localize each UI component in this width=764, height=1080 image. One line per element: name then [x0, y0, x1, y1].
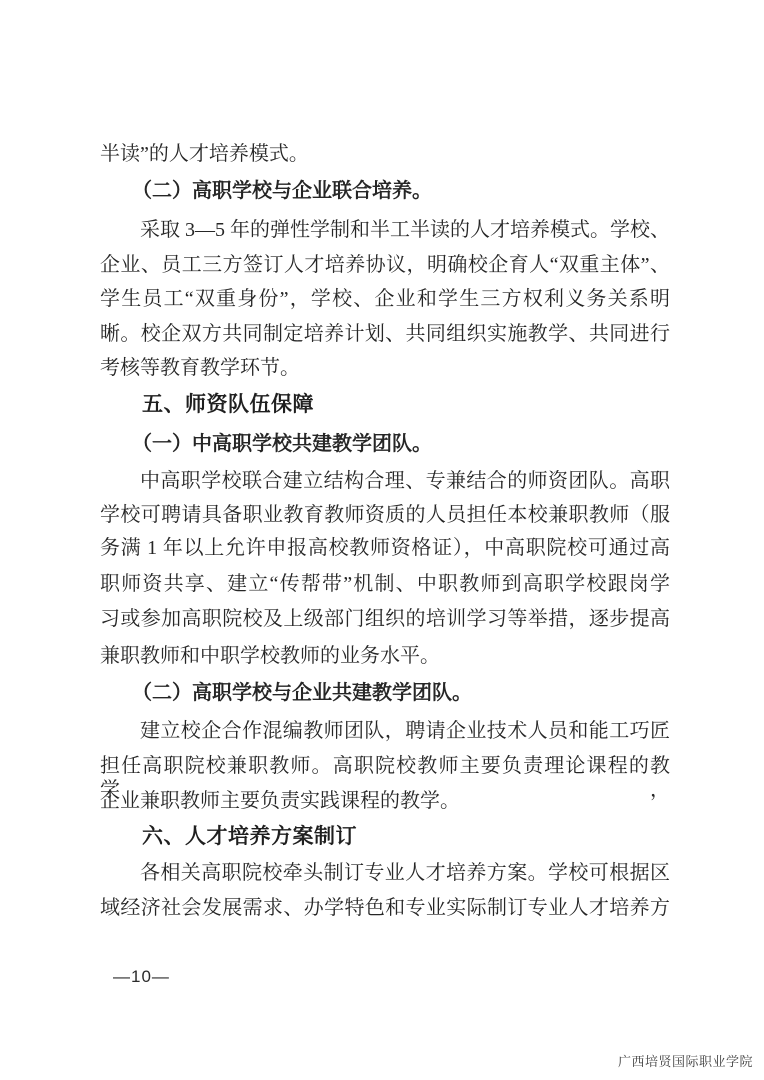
body-text-line: 企业、员工三方签订人才培养协议，明确校企育人“双重主体”、	[100, 253, 670, 277]
body-text-line: 企业兼职教师主要负责实践课程的教学。	[100, 789, 670, 813]
body-text-line: 采取 3—5 年的弹性学制和半工半读的人才培养模式。学校、	[100, 218, 670, 242]
body-text-line: 域经济社会发展需求、办学特色和专业实际制订专业人才培养方	[100, 896, 670, 920]
body-text-line: 习或参加高职院校及上级部门组织的培训学习等举措，逐步提高	[100, 607, 670, 631]
subsection-heading: （二）高职学校与企业联合培养。	[100, 179, 670, 203]
body-text-line: 学生员工“双重身份”，学校、企业和学生三方权利义务关系明	[100, 287, 670, 311]
subsection-heading: （一）中高职学校共建教学团队。	[100, 432, 670, 456]
body-text-line: 学校可聘请具备职业教育教师资质的人员担任本校兼职教师（服	[100, 503, 670, 527]
body-text-line: 职师资共享、建立“传帮带”机制、中职教师到高职学校跟岗学	[100, 572, 670, 596]
watermark-text: 广西培贤国际职业学院	[618, 1051, 753, 1070]
section-heading-6: 六、人才培养方案制订	[100, 825, 670, 849]
body-text-line: 中高职学校联合建立结构合理、专兼结合的师资团队。高职	[100, 469, 670, 493]
body-text-line: 建立校企合作混编教师团队，聘请企业技术人员和能工巧匠	[100, 719, 670, 743]
document-page: 半读”的人才培养模式。 （二）高职学校与企业联合培养。 采取 3—5 年的弹性学…	[0, 0, 764, 1080]
subsection-heading: （二）高职学校与企业共建教学团队。	[100, 681, 670, 705]
body-text-line: 务满 1 年以上允许申报高校教师资格证），中高职院校可通过高	[100, 536, 670, 560]
body-text-line: 考核等教育教学环节。	[100, 356, 670, 380]
body-text-line: 晰。校企双方共同制定培养计划、共同组织实施教学、共同进行	[100, 322, 670, 346]
body-text-line: 兼职教师和中职学校教师的业务水平。	[100, 644, 670, 668]
page-number: —10—	[113, 967, 170, 987]
section-heading-5: 五、师资队伍保障	[100, 393, 670, 417]
body-text-line: 半读”的人才培养模式。	[100, 142, 670, 166]
body-text-line: 各相关高职院校牵头制订专业人才培养方案。学校可根据区	[100, 861, 670, 885]
